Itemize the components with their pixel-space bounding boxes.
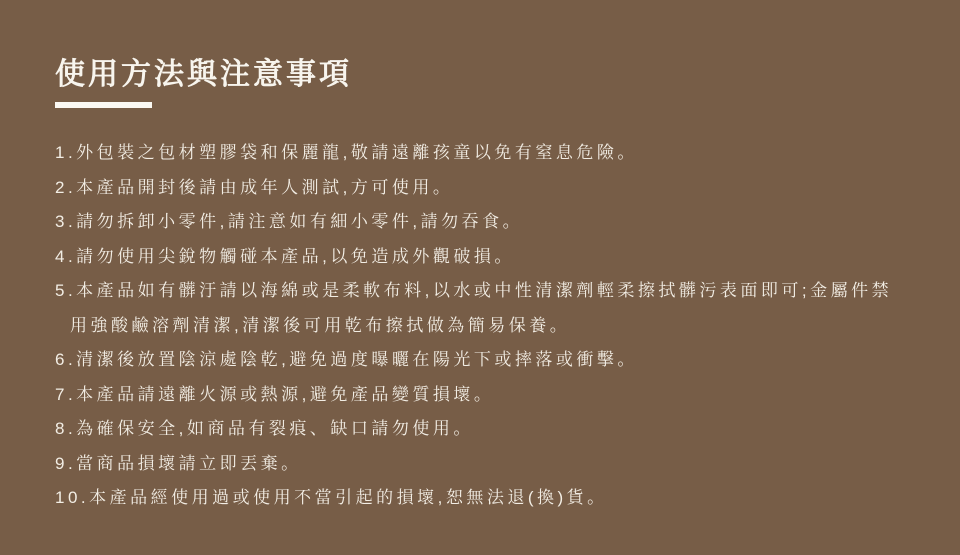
- instruction-item-3: 3.請勿拆卸小零件,請注意如有細小零件,請勿吞食。: [55, 205, 905, 240]
- instruction-item-8: 8.為確保安全,如商品有裂痕、缺口請勿使用。: [55, 412, 905, 447]
- instruction-item-6: 6.清潔後放置陰涼處陰乾,避免過度曝曬在陽光下或摔落或衝擊。: [55, 343, 905, 378]
- instruction-item-4: 4.請勿使用尖銳物觸碰本產品,以免造成外觀破損。: [55, 240, 905, 275]
- instruction-item-2: 2.本產品開封後請由成年人測試,方可使用。: [55, 171, 905, 206]
- instruction-item-9: 9.當商品損壞請立即丟棄。: [55, 447, 905, 482]
- page-title: 使用方法與注意事項: [55, 56, 905, 94]
- instruction-item-10: 10.本產品經使用過或使用不當引起的損壞,恕無法退(換)貨。: [55, 481, 905, 516]
- instruction-item-1: 1.外包裝之包材塑膠袋和保麗龍,敬請遠離孩童以免有窒息危險。: [55, 136, 905, 171]
- title-underline: [55, 102, 152, 108]
- instruction-item-5: 5.本產品如有髒汙請以海綿或是柔軟布料,以水或中性清潔劑輕柔擦拭髒污表面即可;金…: [55, 274, 905, 343]
- instructions-list: 1.外包裝之包材塑膠袋和保麗龍,敬請遠離孩童以免有窒息危險。 2.本產品開封後請…: [55, 136, 905, 516]
- instructions-panel: 使用方法與注意事項 1.外包裝之包材塑膠袋和保麗龍,敬請遠離孩童以免有窒息危險。…: [0, 0, 960, 555]
- instruction-item-7: 7.本產品請遠離火源或熱源,避免產品變質損壞。: [55, 378, 905, 413]
